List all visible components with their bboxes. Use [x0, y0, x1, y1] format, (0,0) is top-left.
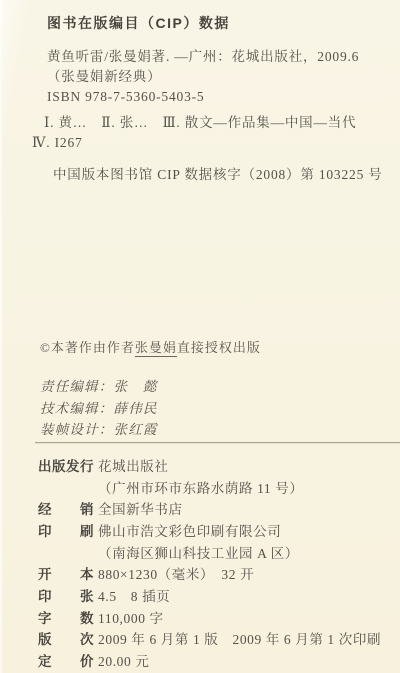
- staff-credits-block: 责任编辑：张 懿 技术编辑：薛伟民 装帧设计：张红霞: [40, 376, 158, 441]
- colophon-value: 880×1230（毫米） 32 开: [98, 563, 254, 583]
- colophon-block: 出版发行 花城出版社 （广州市环市东路水荫路 11 号） 经 销 全国新华书店 …: [38, 454, 394, 671]
- colophon-row-word-count: 字 数 110,000 字: [38, 606, 394, 628]
- cip-series-line: （张曼娟新经典）: [47, 67, 392, 87]
- colophon-row-sheets: 印 张 4.5 8 插页: [38, 584, 394, 606]
- colophon-label: 印 刷: [38, 520, 95, 540]
- cip-classification-line2: Ⅳ. I267: [32, 133, 394, 153]
- colophon-value: 20.00 元: [98, 650, 149, 670]
- colophon-value: 2009 年 6 月第 1 版 2009 年 6 月第 1 次印刷: [98, 628, 381, 648]
- colophon-label: 定 价: [38, 650, 95, 670]
- page-edge-highlight: [0, 0, 3, 673]
- colophon-value: 佛山市浩文彩色印刷有限公司: [98, 520, 281, 540]
- colophon-label: 字 数: [38, 607, 95, 627]
- cip-classification-block: Ⅰ. 黄… Ⅱ. 张… Ⅲ. 散文—作品集—中国—当代 Ⅳ. I267: [44, 113, 394, 152]
- staff-name: 张 懿: [114, 379, 158, 394]
- staff-row-technical-editor: 技术编辑：薛伟民: [40, 398, 158, 420]
- cip-description-block: 黄鱼听雷/张曼娟著. —广州：花城出版社，2009.6 （张曼娟新经典） ISB…: [47, 47, 392, 107]
- divider-rule: [35, 442, 400, 443]
- colophon-value: 4.5 8 插页: [98, 585, 170, 605]
- staff-row-editor: 责任编辑：张 懿: [40, 376, 158, 398]
- book-copyright-page: 图书在版编目（CIP）数据 黄鱼听雷/张曼娟著. —广州：花城出版社，2009.…: [0, 0, 400, 673]
- cip-registry-line: 中国版本图书馆 CIP 数据核字（2008）第 103225 号: [53, 163, 383, 183]
- colophon-row-publisher: 出版发行 花城出版社: [38, 454, 394, 476]
- colophon-row-distributor: 经 销 全国新华书店: [38, 497, 394, 519]
- colophon-label: 经 销: [38, 498, 95, 518]
- staff-name: 张红霞: [114, 422, 158, 437]
- staff-name: 薛伟民: [114, 401, 158, 416]
- cip-header: 图书在版编目（CIP）数据: [47, 13, 230, 33]
- colophon-row-price: 定 价 20.00 元: [38, 649, 394, 671]
- cip-isbn-line: ISBN 978-7-5360-5403-5: [47, 87, 392, 107]
- copyright-suffix: 直接授权出版: [177, 340, 261, 355]
- cip-description-line: 黄鱼听雷/张曼娟著. —广州：花城出版社，2009.6: [47, 47, 392, 67]
- copyright-authorization-line: ©本著作由作者张曼娟直接授权出版: [40, 337, 261, 356]
- colophon-row-publisher-address: （广州市环市东路水荫路 11 号）: [38, 476, 394, 498]
- colophon-label: 开 本: [38, 563, 95, 583]
- staff-role: 装帧设计：: [40, 422, 114, 437]
- staff-role: 技术编辑：: [40, 401, 114, 416]
- colophon-value: 全国新华书店: [98, 498, 183, 518]
- colophon-row-printer: 印 刷 佛山市浩文彩色印刷有限公司: [38, 519, 394, 541]
- cip-classification-line1: Ⅰ. 黄… Ⅱ. 张… Ⅲ. 散文—作品集—中国—当代: [44, 113, 394, 133]
- colophon-value: 110,000 字: [98, 607, 164, 627]
- copyright-author-name: 张曼娟: [135, 340, 177, 357]
- colophon-value: （广州市环市东路水荫路 11 号）: [98, 477, 303, 497]
- colophon-label: 出版发行: [38, 455, 95, 475]
- colophon-row-format: 开 本 880×1230（毫米） 32 开: [38, 562, 394, 584]
- colophon-value: 花城出版社: [98, 455, 169, 475]
- copyright-prefix: ©本著作由作者: [40, 340, 135, 355]
- colophon-row-printer-address: （南海区狮山科技工业园 A 区）: [38, 541, 394, 563]
- colophon-label: 版 次: [38, 628, 95, 648]
- staff-row-designer: 装帧设计：张红霞: [40, 419, 158, 441]
- colophon-value: （南海区狮山科技工业园 A 区）: [98, 542, 299, 562]
- colophon-row-edition: 版 次 2009 年 6 月第 1 版 2009 年 6 月第 1 次印刷: [38, 628, 394, 650]
- colophon-label: 印 张: [38, 585, 95, 605]
- staff-role: 责任编辑：: [40, 379, 114, 394]
